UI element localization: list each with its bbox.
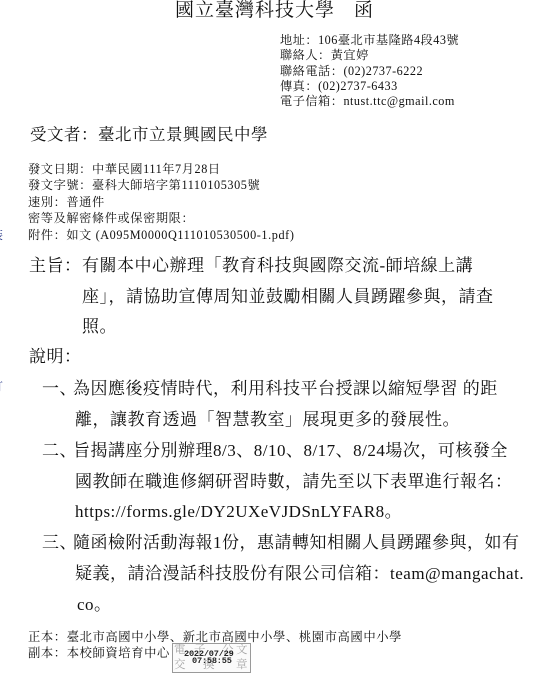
item-line: 疑義，請洽漫話科技股份有限公司信箱：team@mangachat. xyxy=(75,564,524,584)
item-line: 離，讓教育透過「智慧教室」展現更多的發展性。 xyxy=(75,410,460,430)
electronic-document-exchange-stamp: 電 子 公 文 交 換 章 2022/07/29 07:58:55 xyxy=(172,643,251,673)
contact-value: ntust.ttc@gmail.com xyxy=(343,94,454,108)
meta-label: 速別： xyxy=(28,195,66,209)
item-line: 隨函檢附活動海報1份，惠請轉知相關人員踴躍參與，如有 xyxy=(73,533,520,553)
distribution-recipients: 臺北市高國中小學、新北市高國中小學、桃園市高國中小學 xyxy=(67,630,402,644)
meta-issue-date: 發文日期：中華民國111年7月28日 xyxy=(28,161,294,177)
distribution-label: 正本： xyxy=(28,630,67,644)
letterhead-title: 國立臺灣科技大學函 xyxy=(175,0,374,22)
subject-line: 有關本中心辦理「教育科技與國際交流-師培線上講 xyxy=(82,256,473,276)
meta-label: 發文日期： xyxy=(28,162,92,176)
item-number: 一、 xyxy=(42,379,77,399)
contact-value: 106臺北市基隆路4段43號 xyxy=(318,33,459,47)
contact-phone: 聯絡電話：(02)2737-6222 xyxy=(280,64,459,79)
issuing-organization: 國立臺灣科技大學 xyxy=(175,0,335,21)
binding-mark-fragment: 訂 xyxy=(0,381,3,393)
meta-label: 附件： xyxy=(28,228,66,242)
item-line: 旨揭講座分別辦理8/3、8/10、8/17、8/24場次，可核發全 xyxy=(73,441,508,461)
contact-email: 電子信箱：ntust.ttc@gmail.com xyxy=(280,94,459,109)
contact-label: 聯絡電話： xyxy=(280,64,343,78)
subject-line: 照。 xyxy=(82,317,117,337)
contact-person: 聯絡人：黃宜婷 xyxy=(280,48,459,63)
contact-fax: 傳真：(02)2737-6433 xyxy=(280,79,459,94)
meta-label: 發文字號： xyxy=(28,178,92,192)
meta-value: 如文 (A095M0000Q111010530500-1.pdf) xyxy=(66,228,294,242)
stamp-time: 07:58:55 xyxy=(192,657,232,666)
contact-value: (02)2737-6222 xyxy=(343,64,423,78)
distribution-label: 副本： xyxy=(28,646,67,660)
explanation-label: 說明： xyxy=(29,347,82,367)
item-line: 國教師在職進修網研習時數，請先至以下表單進行報名： xyxy=(75,472,513,492)
meta-urgency: 速別：普通件 xyxy=(28,194,294,210)
item-number: 二、 xyxy=(42,441,77,461)
contact-label: 聯絡人： xyxy=(280,48,331,62)
meta-value: 臺科大師培字第1110105305號 xyxy=(92,178,260,192)
distribution-recipients: 本校師資培育中心 xyxy=(67,646,170,660)
subject-line: 座」，請協助宣傳周知並鼓勵相關人員踴躍參與，請查 xyxy=(82,287,494,307)
contact-label: 傳真： xyxy=(280,79,318,93)
meta-value: 中華民國111年7月28日 xyxy=(92,162,221,176)
stamp-char: 章 xyxy=(236,659,248,671)
item-line: 為因應後疫情時代，利用科技平台授課以縮短學習 的距 xyxy=(73,379,498,399)
stamp-char: 交 xyxy=(174,659,186,671)
document-meta: 發文日期：中華民國111年7月28日 發文字號：臺科大師培字第111010530… xyxy=(28,161,294,243)
binding-mark-fragment: 裝 xyxy=(0,229,3,241)
recipient-line: 受文者：臺北市立景興國民中學 xyxy=(30,125,268,145)
item-line: co。 xyxy=(77,595,112,615)
contact-block: 地址：106臺北市基隆路4段43號 聯絡人：黃宜婷 聯絡電話：(02)2737-… xyxy=(280,33,459,109)
recipient-name: 臺北市立景興國民中學 xyxy=(98,125,268,144)
item-number: 三、 xyxy=(42,533,77,553)
meta-document-number: 發文字號：臺科大師培字第1110105305號 xyxy=(28,177,294,193)
recipient-label: 受文者： xyxy=(30,125,98,144)
stamp-char: 文 xyxy=(236,644,248,656)
subject-label: 主旨： xyxy=(29,256,82,276)
meta-confidentiality: 密等及解密條件或保密期限： xyxy=(28,210,294,226)
contact-value: 黃宜婷 xyxy=(331,48,369,62)
contact-address: 地址：106臺北市基隆路4段43號 xyxy=(280,33,459,48)
contact-value: (02)2737-6433 xyxy=(318,79,398,93)
meta-label: 密等及解密條件或保密期限： xyxy=(28,211,194,225)
registration-url: https://forms.gle/DY2UXeVJDSnLYFAR8。 xyxy=(75,502,402,522)
contact-label: 地址： xyxy=(280,33,318,47)
distribution-copy: 副本：本校師資培育中心 xyxy=(28,645,170,661)
meta-attachment: 附件：如文 (A095M0000Q111010530500-1.pdf) xyxy=(28,227,294,243)
contact-label: 電子信箱： xyxy=(280,94,343,108)
document-type: 函 xyxy=(354,0,374,21)
meta-value: 普通件 xyxy=(66,195,104,209)
